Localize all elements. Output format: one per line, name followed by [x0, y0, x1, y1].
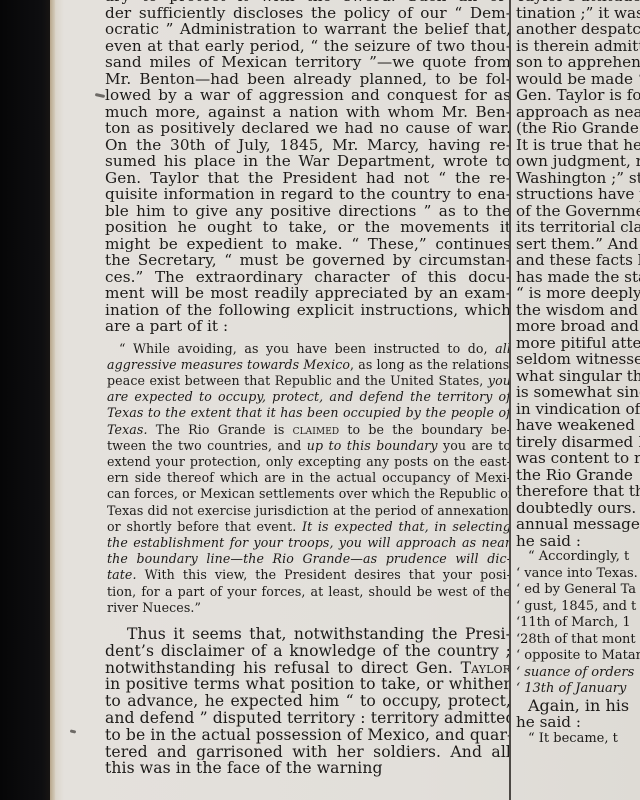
text-line: what singular tha — [508, 368, 640, 385]
text-run: dent’s disclaimer of a knowledge of the … — [105, 643, 511, 660]
text-line: or shortly before that event. It is expe… — [107, 519, 511, 535]
text-line: Washington ;” still — [508, 170, 640, 187]
text-line: he said : — [508, 714, 640, 731]
text-line: its territorial claim — [508, 219, 640, 236]
text-line: ‘11th of March, 1 — [508, 615, 640, 632]
text-line: tween the two countries, and up to this … — [107, 438, 511, 454]
text-line: another despatch of — [508, 21, 640, 38]
text-line: might be expedient to make. “ These,” co… — [105, 236, 511, 253]
text-line: (the Rio Grande) — [508, 120, 640, 137]
text-line: the Secretary, “ must be governed by cir… — [105, 252, 511, 269]
text-run: can forces, or Mexican settlements over … — [107, 486, 511, 501]
italic-text: tate. — [107, 567, 137, 582]
text-line: peace exist between that Republic and th… — [107, 373, 511, 389]
article-paragraph-2: Thus it seems that, notwithstanding the … — [105, 626, 511, 777]
text-run: notwithstanding his refusal to direct Ge… — [105, 660, 461, 677]
text-line: ces.” The extraordinary character of thi… — [105, 269, 511, 286]
text-line: position he ought to take, or the moveme… — [105, 219, 511, 236]
text-line: “ It became, t — [508, 731, 640, 748]
text-line: ination of the following explicit instru… — [105, 302, 511, 319]
text-line: have weakened th — [508, 417, 640, 434]
text-run: this was in the face of the warning — [105, 760, 383, 777]
text-line: ‘ opposite to Matan — [508, 648, 640, 665]
small-caps-text: Taylor — [461, 660, 511, 677]
text-run: , as long as the relations of — [350, 357, 511, 372]
text-line: the boundary line—the Rio Grande—as prud… — [107, 551, 511, 567]
text-line: Again, in his — [508, 698, 640, 715]
text-line: in vindication of — [508, 401, 640, 418]
italic-text: up to this boundary — [307, 438, 438, 453]
text-line: more broad and — [508, 318, 640, 335]
text-run: tered and garrisoned with her soldiers. … — [105, 744, 511, 761]
text-line: he said : — [508, 533, 640, 550]
text-line: It is true that he is — [508, 137, 640, 154]
text-run: The Rio Grande is — [148, 422, 293, 437]
text-line: tination ;” it was th — [508, 5, 640, 22]
text-line: even at that early period, “ the seizure… — [105, 38, 511, 55]
text-line: has made the sta — [508, 269, 640, 286]
text-run: peace exist between that Republic and th… — [107, 373, 488, 388]
text-line: ‘28th of that mont — [508, 632, 640, 649]
italic-text: It is expected that, in selecting — [302, 519, 511, 534]
text-line: of the Government — [508, 203, 640, 220]
text-line: On the 30th of July, 1845, Mr. Marcy, ha… — [105, 137, 511, 154]
text-line: tirely disarmed H — [508, 434, 640, 451]
page-fold-shadow — [50, 0, 55, 800]
text-line: much more, against a nation with whom Mr… — [105, 104, 511, 121]
text-line: the wisdom and p — [508, 302, 640, 319]
text-line: Texas to the extent that it has been occ… — [107, 405, 511, 421]
text-line: to advance, he expected him “ to occupy,… — [105, 693, 511, 710]
text-line: notwithstanding his refusal to direct Ge… — [105, 660, 511, 677]
text-line: sert them.” And — [508, 236, 640, 253]
italic-text: Texas to the extent that it has been occ… — [107, 405, 511, 420]
text-line: doubtedly ours. — [508, 500, 640, 517]
text-run: or shortly before that event. — [107, 519, 302, 534]
text-line: ble him to give any positive directions … — [105, 203, 511, 220]
italic-text: the boundary line—the Rio Grande—as prud… — [107, 551, 511, 566]
italic-text: are expected to occupy, protect, and def… — [107, 389, 511, 404]
text-run: to be the boundary be- — [339, 422, 511, 437]
text-line: the Rio Grande — [508, 467, 640, 484]
text-line: Gen. Taylor is for — [508, 87, 640, 104]
text-line: to be in the actual possession of Mexico… — [105, 727, 511, 744]
text-line: Gen. Taylor that the President had not “… — [105, 170, 511, 187]
text-line: in positive terms what position to take,… — [105, 676, 511, 693]
italic-text: Texas. — [107, 422, 148, 437]
small-caps-text: claimed — [293, 422, 340, 437]
text-line: tered and garrisoned with her soldiers. … — [105, 744, 511, 761]
text-line: sumed his place in the War Department, w… — [105, 153, 511, 170]
italic-text: aggressive measures towards Mexico — [107, 357, 350, 372]
text-line: can forces, or Mexican settlements over … — [107, 486, 511, 502]
text-line: sand miles of Mexican territory ”—we quo… — [105, 54, 511, 71]
text-line: der sufficiently discloses the policy of… — [105, 5, 511, 22]
text-line: tate. With this view, the President desi… — [107, 567, 511, 583]
text-line: ‘ vance into Texas. — [508, 566, 640, 583]
text-line: son to apprehend — [508, 54, 640, 71]
text-line: ment will be most readily appreciated by… — [105, 285, 511, 302]
newspaper-page: ary to protect it with the sword. Such a… — [50, 0, 640, 800]
text-line: this was in the face of the warning — [105, 760, 511, 777]
text-line: lowed by a war of aggression and conques… — [105, 87, 511, 104]
text-run: extend your protection, only excepting a… — [107, 454, 511, 469]
text-line: seldom witnessed — [508, 351, 640, 368]
text-line: is therein admitted — [508, 38, 640, 55]
text-line: ‘ gust, 1845, and t — [508, 599, 640, 616]
quoted-instructions-block: “ While avoiding, as you have been instr… — [105, 341, 511, 616]
text-run: With this view, the President desires th… — [137, 567, 511, 582]
text-run: and defend ” disputed territory : territ… — [105, 710, 511, 727]
text-line: ‘ ed by General Ta — [508, 582, 640, 599]
text-line: “ While avoiding, as you have been instr… — [107, 341, 511, 357]
scan-background-edge — [0, 0, 52, 800]
text-line: structions have pu — [508, 186, 640, 203]
text-line: dent’s disclaimer of a knowledge of the … — [105, 643, 511, 660]
text-line: ton as positively declared we had no cau… — [105, 120, 511, 137]
ink-smudge — [70, 729, 76, 733]
text-line: approach as near — [508, 104, 640, 121]
text-line: are a part of it : — [105, 318, 511, 335]
ink-smudge — [95, 93, 105, 98]
text-run: Thus it seems that, notwithstanding the … — [127, 626, 511, 643]
text-line: more pitiful attem — [508, 335, 640, 352]
text-line: therefore that the — [508, 483, 640, 500]
text-line: “ Accordingly, t — [508, 549, 640, 566]
right-column-article: Taylor's attitude of des-tination ;” it … — [508, 0, 640, 747]
text-line: aggressive measures towards Mexico, as l… — [107, 357, 511, 373]
left-column-article: ary to protect it with the sword. Such a… — [105, 0, 511, 777]
text-run: Texas did not exercise jurisdiction at t… — [107, 503, 511, 518]
text-line: tion, for a part of your forces, at leas… — [107, 584, 511, 600]
text-line: and defend ” disputed territory : territ… — [105, 710, 511, 727]
text-line: “ is more deeply c — [508, 285, 640, 302]
text-line: annual message — [508, 516, 640, 533]
text-line: was content to re — [508, 450, 640, 467]
text-line: own judgment, ra — [508, 153, 640, 170]
text-line: ‘ suance of orders — [508, 665, 640, 682]
text-run: ern side thereof which are in the actual… — [107, 470, 511, 485]
text-line: quisite information in regard to the cou… — [105, 186, 511, 203]
text-run: “ While avoiding, as you have been instr… — [119, 341, 495, 356]
text-line: river Nueces.” — [107, 600, 511, 616]
text-run: tween the two countries, and — [107, 438, 307, 453]
article-paragraph-1: ary to protect it with the sword. Such a… — [105, 0, 511, 335]
text-line: Texas did not exercise jurisdiction at t… — [107, 503, 511, 519]
text-run: to advance, he expected him “ to occupy,… — [105, 693, 511, 710]
text-run: river Nueces.” — [107, 600, 201, 615]
text-line: is somewhat sing — [508, 384, 640, 401]
text-run: to be in the actual possession of Mexico… — [105, 727, 511, 744]
text-line: ocratic ” Administration to warrant the … — [105, 21, 511, 38]
text-line: and these facts bef — [508, 252, 640, 269]
text-line: ern side thereof which are in the actual… — [107, 470, 511, 486]
text-run: in positive terms what position to take,… — [105, 676, 511, 693]
text-line: Thus it seems that, notwithstanding the … — [105, 626, 511, 643]
text-line: the establishment for your troops, you w… — [107, 535, 511, 551]
italic-text: the establishment for your troops, you w… — [107, 535, 511, 550]
text-line: extend your protection, only excepting a… — [107, 454, 511, 470]
text-line: Mr. Benton—had been already planned, to … — [105, 71, 511, 88]
text-run: you are to — [438, 438, 511, 453]
text-line: would be made “ by — [508, 71, 640, 88]
text-line: are expected to occupy, protect, and def… — [107, 389, 511, 405]
text-run: tion, for a part of your forces, at leas… — [107, 584, 511, 599]
text-line: Texas. The Rio Grande is claimed to be t… — [107, 422, 511, 438]
